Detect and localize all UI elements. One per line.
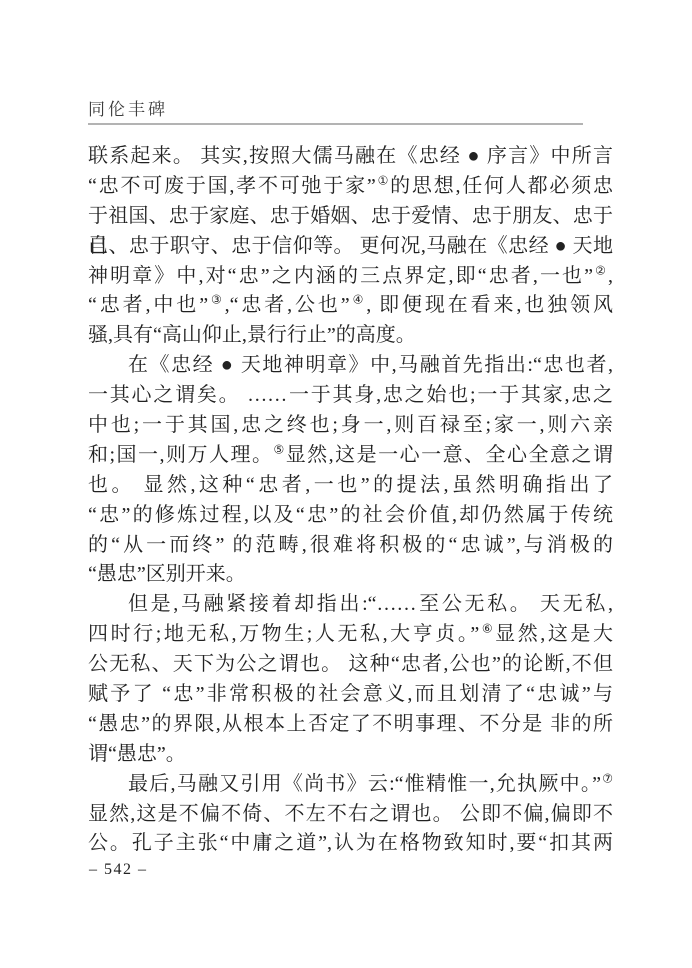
footnote-marker: ⑦ [601, 771, 613, 785]
book-page: 同伦丰碑 联系起来。 其实,按照大儒马融在《忠经 ● 序言》中所言“忠不可废于国… [0, 0, 692, 968]
text-line: 但是,马融紧接着却指出:“……至公无私。 天无私, [88, 590, 613, 620]
text-line: 最后,马融又引用《尚书》云:“惟精惟一,允执厥中。”⑦ [88, 770, 613, 800]
text-line: 己、忠于职守、忠于信仰等。 更何况,马融在《忠经 ● 天地 [88, 232, 613, 262]
text-line: “忠”的修炼过程,以及“忠”的社会价值,却仍然属于传统 [88, 501, 613, 531]
paragraph: 联系起来。 其实,按照大儒马融在《忠经 ● 序言》中所言“忠不可废于国,孝不可弛… [88, 142, 613, 351]
text-line: 骚,具有“高山仰止,景行行止”的高度。 [88, 321, 613, 351]
paragraph: 在《忠经 ● 天地神明章》中,马融首先指出:“忠也者,一其心之谓矣。 ……一于其… [88, 351, 613, 590]
text-line: 显然,这是不偏不倚、不左不右之谓也。 公即不偏,偏即不 [88, 800, 613, 830]
text-line: 谓“愚忠”。 [88, 740, 613, 770]
paragraph: 最后,马融又引用《尚书》云:“惟精惟一,允执厥中。”⑦显然,这是不偏不倚、不左不… [88, 770, 613, 860]
text-line: “忠不可废于国,孝不可弛于家”①的思想,任何人都必须忠 [88, 172, 613, 202]
paragraph: 但是,马融紧接着却指出:“……至公无私。 天无私,四时行;地无私,万物生;人无私… [88, 590, 613, 769]
text-line: 联系起来。 其实,按照大儒马融在《忠经 ● 序言》中所言 [88, 142, 613, 172]
text-line: 神明章》中,对“忠”之内涵的三点界定,即“忠者,一也”②, [88, 262, 613, 292]
text-line: 赋予了 “忠”非常积极的社会意义,而且划清了“忠诚”与 [88, 680, 613, 710]
running-header: 同伦丰碑 [88, 95, 168, 120]
text-line: “愚忠”的界限,从根本上否定了不明事理、不分是 非的所 [88, 710, 613, 740]
footnote-marker: ④ [350, 293, 367, 307]
footnote-marker: ⑤ [273, 442, 285, 456]
text-line: 四时行;地无私,万物生;人无私,大亨贞。”⑥显然,这是大 [88, 620, 613, 650]
text-block: 联系起来。 其实,按照大儒马融在《忠经 ● 序言》中所言“忠不可废于国,孝不可弛… [88, 142, 613, 859]
text-line: 公无私、天下为公之谓也。 这种“忠者,公也”的论断,不但 [88, 650, 613, 680]
text-line: 中也;一于其国,忠之终也;身一,则百禄至;家一,则六亲 [88, 411, 613, 441]
text-line: “忠者,中也”③,“忠者,公也”④, 即便现在看来,也独领风 [88, 291, 613, 321]
header-rule [88, 123, 583, 125]
text-line: 也。 显然,这种“忠者,一也”的提法,虽然明确指出了 [88, 471, 613, 501]
text-line: 的“从一而终” 的范畴,很难将积极的“忠诚”,与消极的 [88, 531, 613, 561]
text-line: 在《忠经 ● 天地神明章》中,马融首先指出:“忠也者, [88, 351, 613, 381]
text-line: 于祖国、忠于家庭、忠于婚姻、忠于爱情、忠于朋友、忠于自 [88, 202, 613, 232]
text-line: 公。孔子主张“中庸之道”,认为在格物致知时,要“扣其两 [88, 829, 613, 859]
text-line: “愚忠”区别开来。 [88, 560, 613, 590]
footnote-marker: ② [593, 263, 608, 277]
footnote-marker: ① [376, 173, 390, 187]
page-number: – 542 – [89, 861, 148, 879]
footnote-marker: ③ [208, 293, 225, 307]
footnote-marker: ⑥ [479, 622, 495, 636]
text-line: 和;国一,则万人理。⑤显然,这是一心一意、全心全意之谓 [88, 441, 613, 471]
text-line: 一其心之谓矣。 ……一于其身,忠之始也;一于其家,忠之 [88, 381, 613, 411]
